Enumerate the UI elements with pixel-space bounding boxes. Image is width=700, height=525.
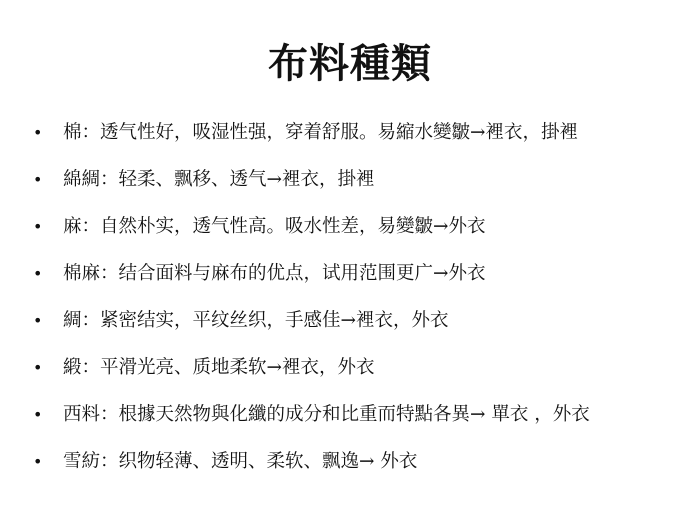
list-item-text: 棉：透气性好，吸湿性强，穿着舒服。易縮水變皺→裡衣，掛裡 [63, 118, 578, 148]
bullet-icon: • [33, 353, 42, 383]
list-item: • 綿綢：轻柔、飘移、透气→裡衣，掛裡 [0, 165, 700, 212]
list-item: • 雪紡：织物轻薄、透明、柔软、飘逸→ 外衣 [0, 447, 700, 494]
bullet-icon: • [33, 118, 42, 148]
list-item: • 棉：透气性好，吸湿性强，穿着舒服。易縮水變皺→裡衣，掛裡 [0, 118, 700, 165]
list-item-text: 綿綢：轻柔、飘移、透气→裡衣，掛裡 [63, 165, 375, 195]
bullet-icon: • [33, 447, 42, 477]
fabric-list: • 棉：透气性好，吸湿性强，穿着舒服。易縮水變皺→裡衣，掛裡 • 綿綢：轻柔、飘… [0, 118, 700, 494]
list-item-text: 緞：平滑光亮、质地柔软→裡衣，外衣 [63, 353, 375, 383]
bullet-icon: • [33, 165, 42, 195]
list-item: • 棉麻：结合面料与麻布的优点，试用范围更广→外衣 [0, 259, 700, 306]
list-item-text: 西料：根據天然物與化纖的成分和比重而特點各異→ 單衣 ，外衣 [63, 400, 590, 430]
bullet-icon: • [33, 259, 42, 289]
list-item-text: 麻：自然朴实，透气性高。吸水性差，易變皺→外衣 [63, 212, 486, 242]
list-item-text: 綢：紧密结实，平纹丝织，手感佳→裡衣，外衣 [63, 306, 449, 336]
bullet-icon: • [33, 212, 42, 242]
bullet-icon: • [33, 306, 42, 336]
slide-title: 布料種類 [0, 38, 700, 90]
list-item: • 麻：自然朴实，透气性高。吸水性差，易變皺→外衣 [0, 212, 700, 259]
list-item: • 西料：根據天然物與化纖的成分和比重而特點各異→ 單衣 ，外衣 [0, 400, 700, 447]
list-item: • 緞：平滑光亮、质地柔软→裡衣，外衣 [0, 353, 700, 400]
bullet-icon: • [33, 400, 42, 430]
list-item: • 綢：紧密结实，平纹丝织，手感佳→裡衣，外衣 [0, 306, 700, 353]
list-item-text: 雪紡：织物轻薄、透明、柔软、飘逸→ 外衣 [63, 447, 417, 477]
list-item-text: 棉麻：结合面料与麻布的优点，试用范围更广→外衣 [63, 259, 486, 289]
